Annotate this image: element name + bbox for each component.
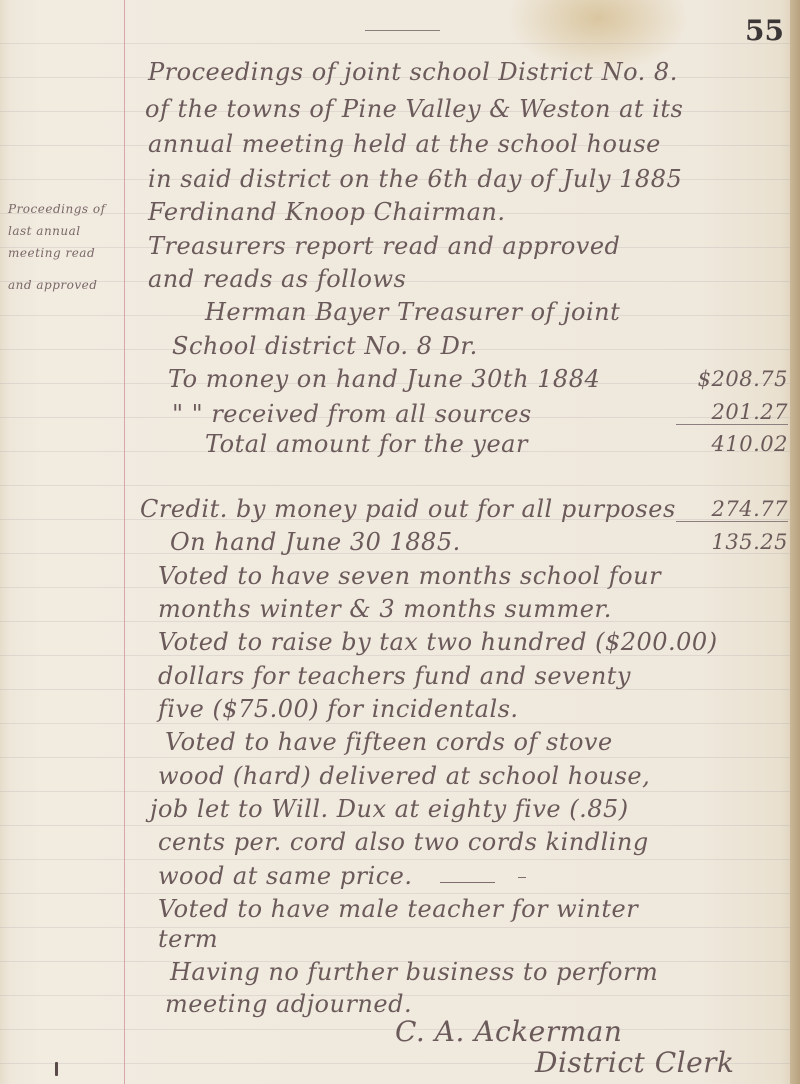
- ink-mark: [55, 1062, 58, 1076]
- entry-amount: 201.27: [676, 400, 788, 425]
- margin-note-line: and approved: [8, 274, 128, 296]
- margin-note-line: last annual: [8, 220, 128, 242]
- resolution-line: Having no further business to perform: [170, 958, 658, 986]
- credit-label: Credit. by money paid out for all purpos…: [140, 495, 676, 523]
- resolution-line: five ($75.00) for incidentals.: [158, 695, 519, 723]
- resolution-line: Voted to have fifteen cords of stove: [165, 728, 613, 756]
- header-line: and reads as follows: [148, 265, 406, 293]
- resolution-line: job let to Will. Dux at eighty five (.85…: [150, 795, 629, 823]
- page-binding-edge: [790, 0, 800, 1084]
- on-hand-label: On hand June 30 1885.: [170, 528, 461, 556]
- resolution-line: term: [158, 925, 218, 953]
- resolution-line: Voted to raise by tax two hundred ($200.…: [158, 628, 718, 656]
- entry-label: Total amount for the year: [205, 430, 528, 458]
- resolution-line: wood (hard) delivered at school house,: [158, 762, 650, 790]
- header-line: in said district on the 6th day of July …: [148, 165, 682, 193]
- top-divider: [365, 30, 440, 31]
- signature-name: C. A. Ackerman: [395, 1015, 622, 1048]
- resolution-line: Voted to have male teacher for winter: [158, 895, 638, 923]
- entry-label: To money on hand June 30th 1884: [168, 365, 600, 393]
- line-filler-dash: [440, 882, 495, 883]
- treasurer-heading: School district No. 8 Dr.: [172, 332, 478, 360]
- chairman-line: Ferdinand Knoop Chairman.: [148, 198, 505, 226]
- on-hand-amount: 135.25: [676, 530, 788, 554]
- resolution-line: Voted to have seven months school four: [158, 562, 661, 590]
- entry-amount: $208.75: [672, 367, 788, 391]
- margin-note-line: meeting read: [8, 242, 128, 264]
- signature-title: District Clerk: [535, 1046, 735, 1079]
- header-line: Proceedings of joint school District No.…: [148, 58, 678, 86]
- header-line: annual meeting held at the school house: [148, 130, 661, 158]
- resolution-line: wood at same price.: [158, 862, 413, 890]
- resolution-line: meeting adjourned.: [165, 990, 412, 1018]
- ledger-page: 55 Proceedings of last annual meeting re…: [0, 0, 800, 1084]
- margin-rule: [124, 0, 125, 1084]
- margin-note: Proceedings of last annual meeting read …: [8, 198, 128, 296]
- page-number: 55: [745, 14, 784, 47]
- resolution-line: dollars for teachers fund and seventy: [158, 662, 631, 690]
- treasurer-heading: Herman Bayer Treasurer of joint: [205, 298, 620, 326]
- resolution-line: cents per. cord also two cords kindling: [158, 828, 649, 856]
- resolution-line: months winter & 3 months summer.: [158, 595, 612, 623]
- header-line: Treasurers report read and approved: [148, 232, 620, 260]
- entry-amount: 410.02: [676, 432, 788, 456]
- credit-amount: 274.77: [676, 497, 788, 522]
- line-filler-dash: [518, 877, 526, 878]
- header-line: of the towns of Pine Valley & Weston at …: [145, 95, 683, 123]
- margin-note-line: Proceedings of: [8, 198, 128, 220]
- entry-label: " " received from all sources: [172, 400, 532, 428]
